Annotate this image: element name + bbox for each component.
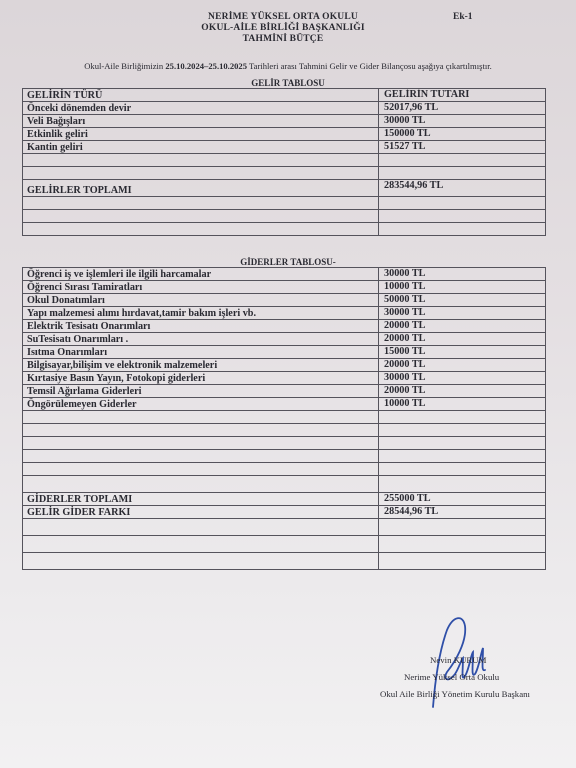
expense-table-title: GİDERLER TABLOSU- xyxy=(0,257,576,267)
row-amount: 52017,96 TL xyxy=(379,102,546,115)
office-name: OKUL-AİLE BİRLİĞİ BAŞKANLIĞI xyxy=(0,23,576,34)
row-amount xyxy=(379,424,546,437)
expense-row: Yapı malzemesi alımı hırdavat,tamir bakı… xyxy=(23,307,546,320)
row-amount: 15000 TL xyxy=(379,346,546,359)
blank-row xyxy=(23,536,546,553)
document-header: NERİME YÜKSEL ORTA OKULU OKUL-AİLE BİRLİ… xyxy=(0,12,576,45)
row-amount: 150000 TL xyxy=(379,128,546,141)
row-label: Okul Donatımları xyxy=(23,294,379,307)
row-label: Bilgisayar,bilişim ve elektronik malzeme… xyxy=(23,359,379,372)
row-label xyxy=(23,154,379,167)
row-label xyxy=(23,424,379,437)
signatory-school: Nerime Yüksel Orta Okulu xyxy=(360,669,570,686)
intro-prefix: Okul-Aile Birliğimizin xyxy=(84,61,165,71)
document-title: TAHMİNİ BÜTÇE xyxy=(0,34,576,45)
row-label xyxy=(23,223,379,236)
row-amount: 20000 TL xyxy=(379,333,546,346)
row-label: GİDERLER TOPLAMI xyxy=(23,493,379,506)
row-label xyxy=(23,553,379,570)
row-label: Kırtasiye Basın Yayın, Fotokopi giderler… xyxy=(23,372,379,385)
row-label: GELİRİN TÜRÜ xyxy=(23,89,379,102)
row-amount xyxy=(379,167,546,180)
row-amount xyxy=(379,463,546,476)
expense-row: Bilgisayar,bilişim ve elektronik malzeme… xyxy=(23,359,546,372)
row-amount: 20000 TL xyxy=(379,385,546,398)
income-table-title: GELİR TABLOSU xyxy=(0,78,576,88)
row-amount: 30000 TL xyxy=(379,115,546,128)
row-label: GELİRLER TOPLAMI xyxy=(23,180,379,197)
expense-row: Öğrenci Sırası Tamiratları10000 TL xyxy=(23,281,546,294)
row-amount xyxy=(379,519,546,536)
income-row xyxy=(23,154,546,167)
row-amount: 20000 TL xyxy=(379,320,546,333)
expense-total-row: GİDERLER TOPLAMI255000 TL xyxy=(23,493,546,506)
blank-row xyxy=(23,437,546,450)
row-label xyxy=(23,476,379,493)
expense-row: Isıtma Onarımları15000 TL xyxy=(23,346,546,359)
income-row xyxy=(23,167,546,180)
row-label xyxy=(23,536,379,553)
row-label: Yapı malzemesi alımı hırdavat,tamir bakı… xyxy=(23,307,379,320)
row-label: Öğrenci Sırası Tamiratları xyxy=(23,281,379,294)
signatory-name: Nevin KURUM xyxy=(360,652,570,669)
row-label: Öngörülemeyen Giderler xyxy=(23,398,379,411)
income-header-row: GELİRİN TÜRÜGELİRİN TUTARI xyxy=(23,89,546,102)
row-amount: 30000 TL xyxy=(379,307,546,320)
signatory-role: Okul Aile Birliği Yönetim Kurulu Başkanı xyxy=(360,686,570,703)
expense-table: Öğrenci iş ve işlemleri ile ilgili harca… xyxy=(22,267,546,570)
row-amount xyxy=(379,450,546,463)
blank-row xyxy=(23,411,546,424)
row-label xyxy=(23,519,379,536)
blank-row xyxy=(23,553,546,570)
row-amount xyxy=(379,411,546,424)
blank-row xyxy=(23,450,546,463)
balance-row: GELİR GİDER FARKI28544,96 TL xyxy=(23,506,546,519)
expense-row: Kırtasiye Basın Yayın, Fotokopi giderler… xyxy=(23,372,546,385)
income-row: Veli Bağışları30000 TL xyxy=(23,115,546,128)
row-label xyxy=(23,437,379,450)
row-label: Etkinlik geliri xyxy=(23,128,379,141)
row-label: Veli Bağışları xyxy=(23,115,379,128)
row-label xyxy=(23,210,379,223)
annex-label: Ek-1 xyxy=(453,12,473,22)
school-name: NERİME YÜKSEL ORTA OKULU xyxy=(0,12,576,23)
row-label xyxy=(23,411,379,424)
row-amount: 10000 TL xyxy=(379,398,546,411)
row-amount xyxy=(379,437,546,450)
expense-row: SuTesisatı Onarımları .20000 TL xyxy=(23,333,546,346)
row-amount: GELİRİN TUTARI xyxy=(379,89,546,102)
blank-row xyxy=(23,463,546,476)
row-label xyxy=(23,463,379,476)
signature-block: Nevin KURUM Nerime Yüksel Orta Okulu Oku… xyxy=(360,652,570,703)
blank-row xyxy=(23,519,546,536)
intro-suffix: Tarihleri arası Tahmini Gelir ve Gider B… xyxy=(247,61,492,71)
row-label: Isıtma Onarımları xyxy=(23,346,379,359)
row-amount: 255000 TL xyxy=(379,493,546,506)
row-amount: 30000 TL xyxy=(379,372,546,385)
row-amount xyxy=(379,476,546,493)
intro-sentence: Okul-Aile Birliğimizin 25.10.2024–25.10.… xyxy=(0,61,576,71)
blank-row xyxy=(23,197,546,210)
blank-row xyxy=(23,223,546,236)
row-label: GELİR GİDER FARKI xyxy=(23,506,379,519)
row-amount: 51527 TL xyxy=(379,141,546,154)
row-amount: 30000 TL xyxy=(379,268,546,281)
blank-row xyxy=(23,210,546,223)
row-label: SuTesisatı Onarımları . xyxy=(23,333,379,346)
income-table: GELİRİN TÜRÜGELİRİN TUTARIÖnceki dönemde… xyxy=(22,88,546,236)
row-amount: 28544,96 TL xyxy=(379,506,546,519)
row-label: Elektrik Tesisatı Onarımları xyxy=(23,320,379,333)
row-amount: 50000 TL xyxy=(379,294,546,307)
expense-row: Öğrenci iş ve işlemleri ile ilgili harca… xyxy=(23,268,546,281)
income-row: Kantin geliri51527 TL xyxy=(23,141,546,154)
blank-row xyxy=(23,476,546,493)
row-amount xyxy=(379,154,546,167)
document-page: NERİME YÜKSEL ORTA OKULU OKUL-AİLE BİRLİ… xyxy=(0,0,576,768)
income-row: Önceki dönemden devir52017,96 TL xyxy=(23,102,546,115)
row-amount: 20000 TL xyxy=(379,359,546,372)
income-row: Etkinlik geliri150000 TL xyxy=(23,128,546,141)
row-amount xyxy=(379,553,546,570)
row-label: Kantin geliri xyxy=(23,141,379,154)
blank-row xyxy=(23,424,546,437)
row-label: Öğrenci iş ve işlemleri ile ilgili harca… xyxy=(23,268,379,281)
row-amount: 283544,96 TL xyxy=(379,180,546,197)
expense-row: Öngörülemeyen Giderler10000 TL xyxy=(23,398,546,411)
expense-row: Elektrik Tesisatı Onarımları20000 TL xyxy=(23,320,546,333)
row-amount xyxy=(379,210,546,223)
row-label xyxy=(23,167,379,180)
row-label xyxy=(23,197,379,210)
row-label: Önceki dönemden devir xyxy=(23,102,379,115)
row-amount xyxy=(379,197,546,210)
expense-row: Okul Donatımları50000 TL xyxy=(23,294,546,307)
row-label: Temsil Ağırlama Giderleri xyxy=(23,385,379,398)
row-amount: 10000 TL xyxy=(379,281,546,294)
income-total-row: GELİRLER TOPLAMI283544,96 TL xyxy=(23,180,546,197)
row-amount xyxy=(379,223,546,236)
expense-row: Temsil Ağırlama Giderleri20000 TL xyxy=(23,385,546,398)
row-amount xyxy=(379,536,546,553)
row-label xyxy=(23,450,379,463)
budget-period: 25.10.2024–25.10.2025 xyxy=(165,61,247,71)
